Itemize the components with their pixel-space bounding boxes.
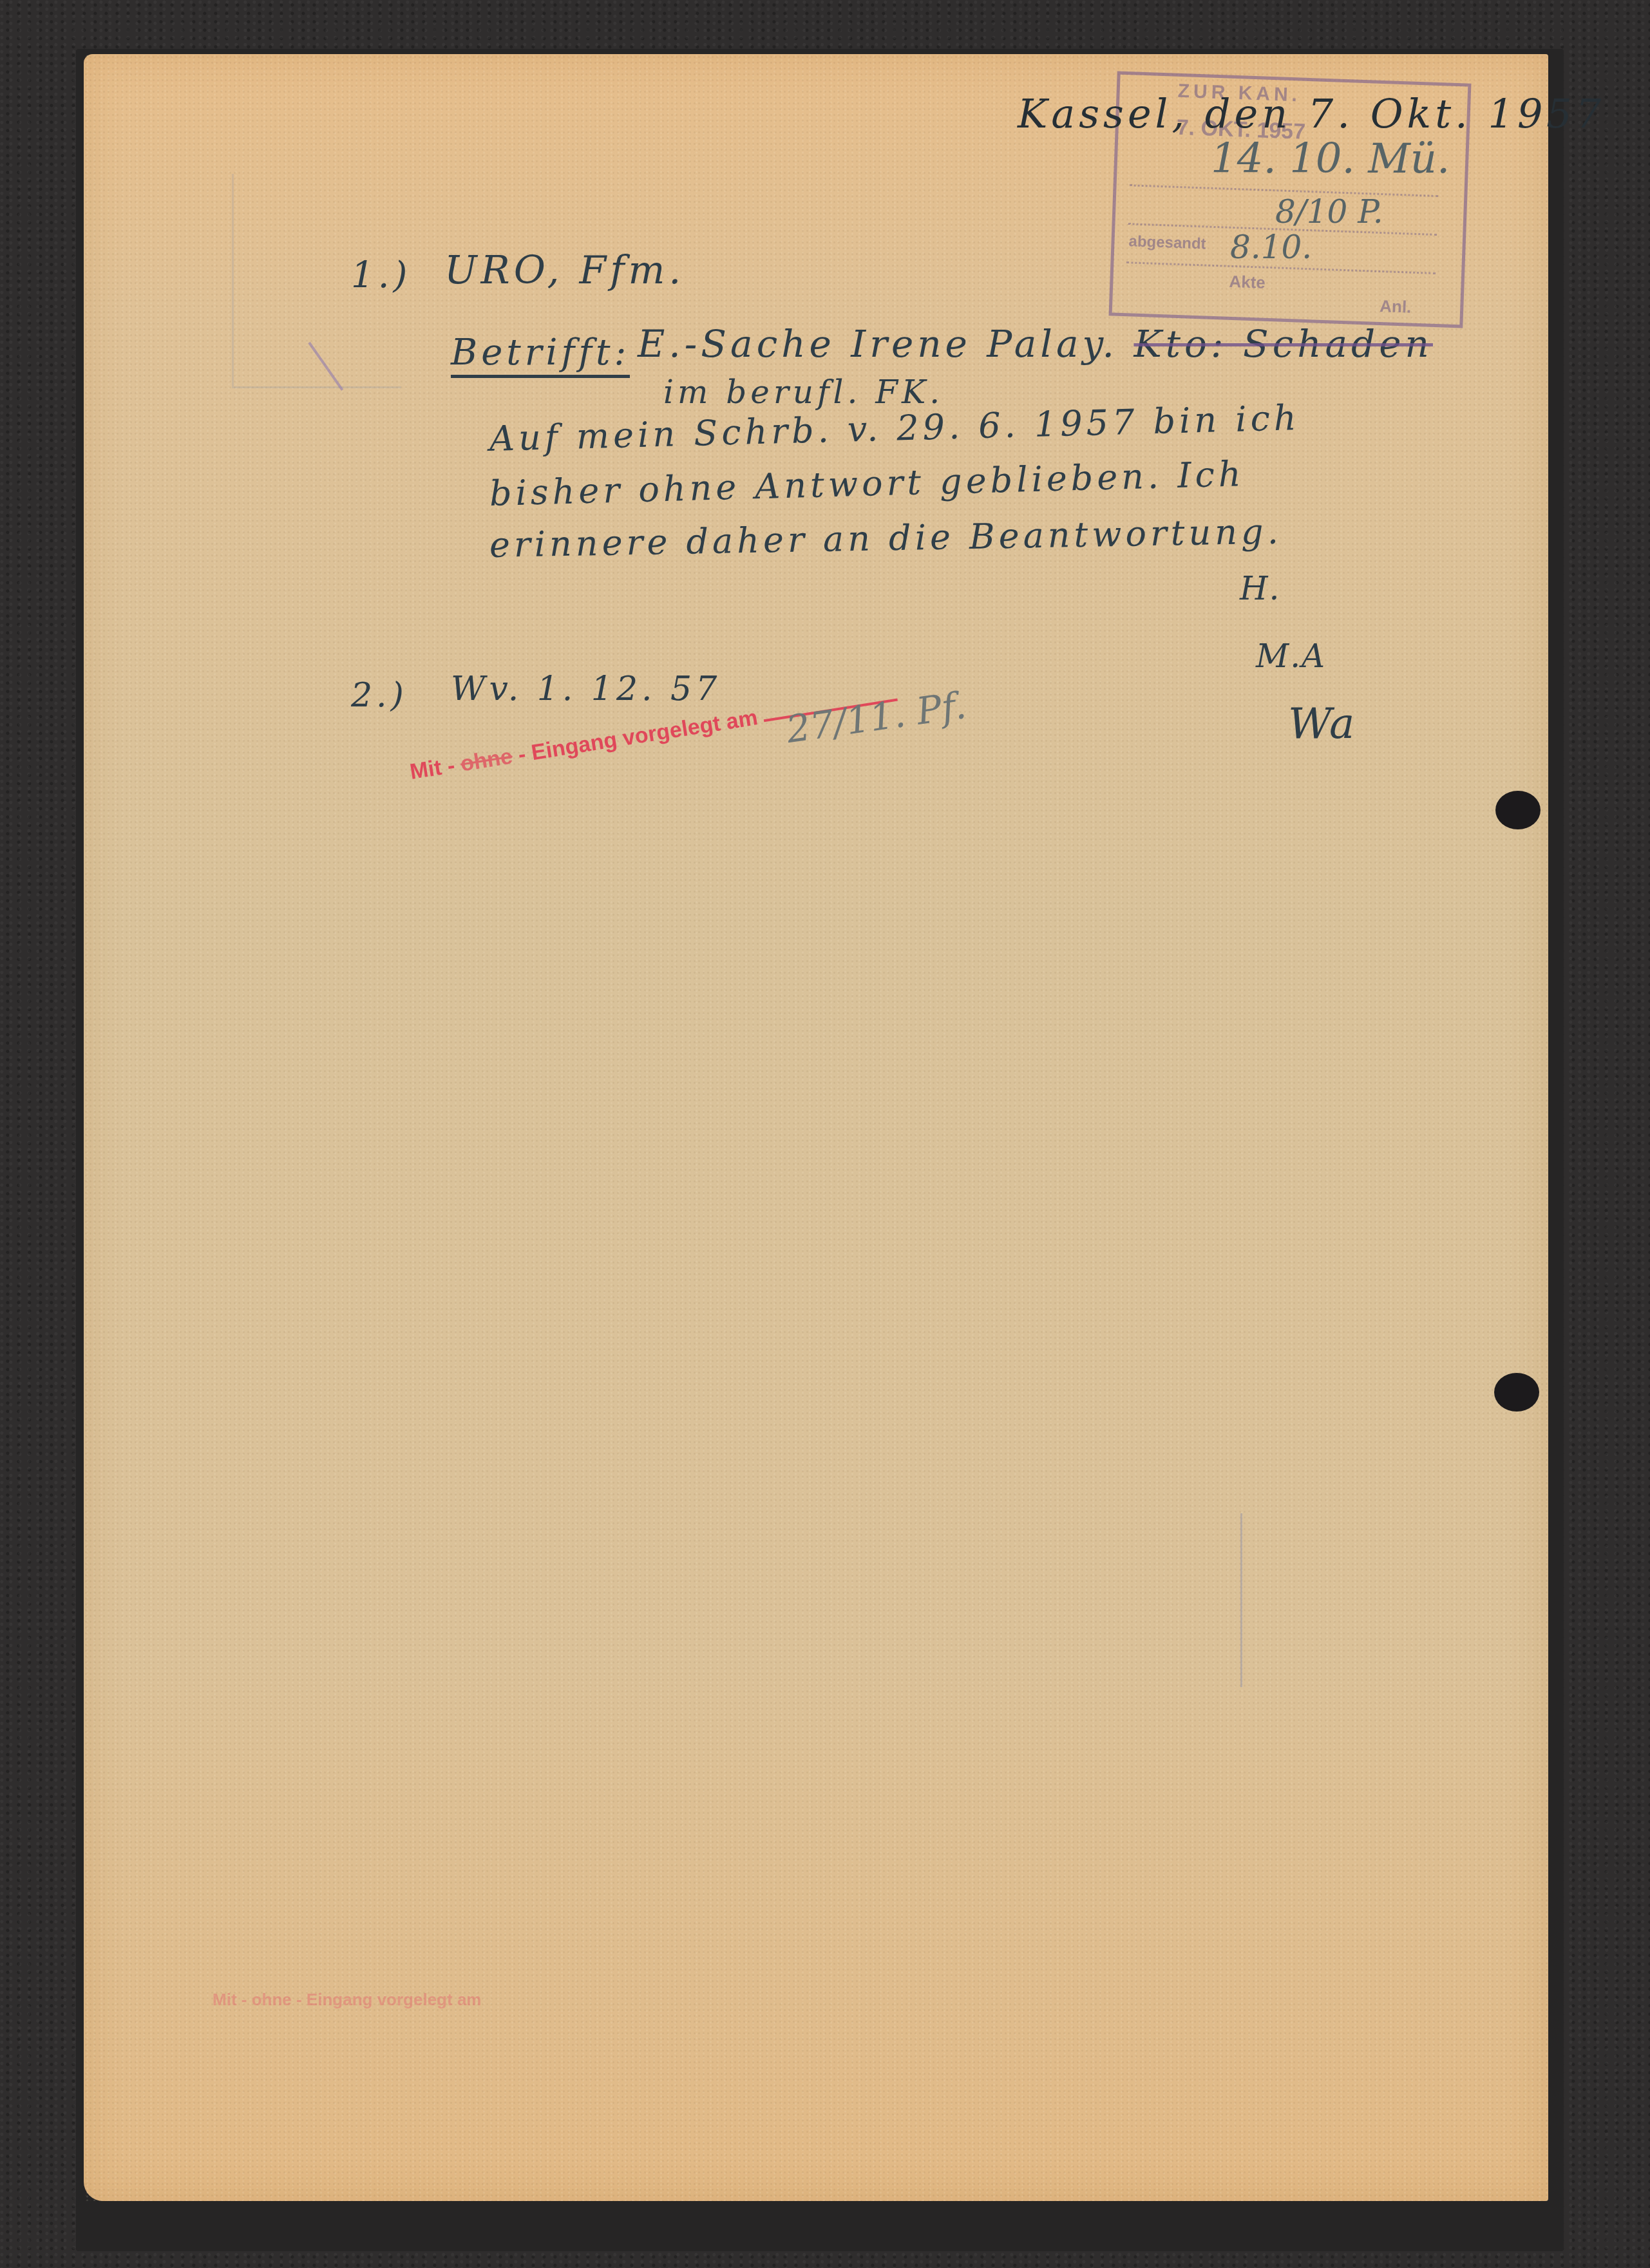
initial-h: H. — [1240, 570, 1281, 607]
initials-wa: Wa — [1288, 699, 1356, 748]
item-1-recipient: URO, Ffm. — [444, 248, 685, 293]
faint-offset-red-stamp: Mit - ohne - Eingang vorgelegt am — [213, 1990, 481, 2010]
punch-hole-bottom — [1494, 1373, 1539, 1412]
subject-line-1: E.-Sache Irene Palay. Kto: Schaden — [638, 322, 1433, 366]
subject-label: Betrifft: — [451, 332, 630, 373]
subject-label-text: Betrifft: — [451, 332, 630, 378]
subject-line-2: im berufl. FK. — [663, 373, 944, 411]
stamp-label-akte: Akte — [1229, 272, 1266, 293]
stamp-label-anl: Anl. — [1380, 296, 1412, 317]
initials-ma: M.A — [1256, 638, 1326, 675]
punch-hole-top — [1495, 791, 1541, 829]
item-2-text: Wv. 1. 12. 57 — [451, 670, 721, 708]
stamp-entry-date: 14. 10. Mü. — [1211, 135, 1450, 183]
place-date: Kassel, den 7. Okt. 1957 — [1018, 90, 1605, 137]
stamp-entry-page: 8/10 P. — [1275, 193, 1383, 231]
subject-case: E.-Sache Irene Palay. — [638, 322, 1118, 366]
stamp-entry-sent: 8.10. — [1230, 229, 1312, 266]
faint-pencil-stroke — [1240, 1513, 1242, 1687]
stamp-label-abgesandt: abgesandt — [1128, 232, 1206, 253]
item-1-number: 1.) — [351, 254, 411, 296]
subject-struck-text: Kto: Schaden — [1133, 322, 1433, 366]
item-2-number: 2.) — [351, 676, 408, 715]
